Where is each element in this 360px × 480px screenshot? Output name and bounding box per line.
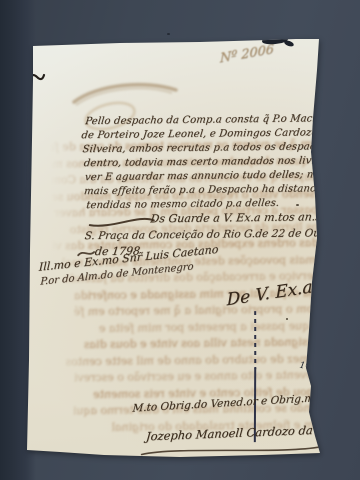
ghost-line: pagou de feitio cento e vinte reis somen… bbox=[46, 384, 328, 404]
manuscript-paper: em q̃ se avisem os mesmos termos da caza… bbox=[0, 0, 360, 480]
body-line-3: Silveira, ambos recrutas p.a todos os de… bbox=[82, 141, 334, 155]
bleedthrough-layer: em q̃ se avisem os mesmos termos da caza… bbox=[44, 136, 328, 439]
address-line-2: P.or do Alm.do de Montenegro bbox=[40, 259, 220, 288]
body-line-7: tendidas no mesmo citado p.a delles. bbox=[86, 198, 280, 211]
paper-shadow-wrap: em q̃ se avisem os mesmos termos da caza… bbox=[0, 0, 360, 480]
paper-speck bbox=[296, 204, 299, 206]
year-swash bbox=[76, 247, 96, 259]
address-block: Ill.mo e Ex.mo Snr̃ Luis Caetano P.or do… bbox=[38, 243, 220, 288]
body-line-2: de Porteiro Joze Leonel, e Domingos Card… bbox=[81, 127, 354, 141]
ink-blot-top-right-small bbox=[283, 39, 294, 47]
ink-blot-top-right bbox=[262, 34, 289, 45]
ghost-line: com o proprio original a q̃ me reporto e… bbox=[45, 301, 327, 321]
ghost-line: bem e fielmente trasladado do original bbox=[47, 417, 329, 437]
body-line-5: ver E aguardar mas annuncio tudo delles;… bbox=[84, 169, 346, 183]
ghost-line: assignada nesta villa aos vinte e dous d… bbox=[46, 334, 328, 354]
body-line-6: mais effeito ferão p.a o Despacho ha dis… bbox=[83, 183, 345, 197]
date-line: S. Praça da Conceição do Rio G.de 22 de … bbox=[84, 227, 350, 242]
ink-layer: Nº 2006 Pello despacho da Comp.a consta … bbox=[0, 0, 360, 480]
faded-flourish-swash bbox=[68, 76, 183, 110]
ink-solid-line bbox=[254, 368, 256, 442]
faded-capital-flourish bbox=[82, 100, 142, 134]
year-line: de 1798 bbox=[94, 244, 140, 258]
ghost-line: em q̃ se avisem os mesmos termos da caza… bbox=[43, 136, 325, 156]
signature: Jozepho Manoell Cardozo da Cunha bbox=[145, 421, 354, 443]
ghost-line: serviço e arrecadação dos direitos da fa… bbox=[45, 268, 327, 288]
ghost-line: e não se continha mais em o dito termo a… bbox=[46, 400, 328, 420]
body-line-4: dentro, todavia mas certo mandados nos l… bbox=[83, 155, 352, 169]
paper-speck bbox=[286, 318, 288, 320]
body-line-1: Pello despacho da Comp.a consta q̃ P.o M… bbox=[85, 113, 339, 127]
ghost-line: noventa e oito annos e eu escrivão o esc… bbox=[46, 367, 328, 387]
closing-line: Ds Guarde a V. Ex.a m.tos an.s bbox=[150, 210, 322, 225]
ghost-line: do que passei a presente por mim feita e bbox=[45, 318, 327, 338]
ghost-line: os quaes despachos assim nos autos como … bbox=[43, 153, 325, 173]
ghost-line: e sendo visto o requerim.to do supp.e ma… bbox=[44, 186, 326, 206]
courtesy-line: M.to Obrig.do Vened.or e Obrig.mo C.do bbox=[132, 390, 348, 414]
address-line-1: Ill.mo e Ex.mo Snr̃ Luis Caetano bbox=[39, 243, 219, 274]
ghost-line: e mais povoações deste continente sobre … bbox=[45, 252, 327, 272]
ghost-line: cuja copia vai por mim assignada e confe… bbox=[45, 285, 327, 305]
photo-stage: em q̃ se avisem os mesmos termos da caza… bbox=[0, 0, 360, 480]
ink-dashed-line bbox=[254, 311, 256, 369]
ghost-line: nos livros da secretaria deste governo r… bbox=[44, 219, 326, 239]
salutation: De V. Ex.a bbox=[227, 277, 313, 310]
ghost-line: passar a certidão pedida em q̃ se declar… bbox=[44, 202, 326, 222]
ghost-line: papeis q̃ se remetterão aos officiaes da… bbox=[44, 169, 326, 189]
header-number: Nº 2006 bbox=[220, 42, 274, 66]
page-mark: 1ª bbox=[299, 361, 311, 372]
ghost-line: das ordens expedidas aos commandantes da… bbox=[44, 235, 326, 255]
ghost-line: do mez de outubro do anno de mil sette c… bbox=[46, 351, 328, 371]
closing-swash bbox=[88, 214, 158, 229]
left-margin-ink-mark bbox=[26, 68, 46, 84]
signature-underline-flourish bbox=[137, 442, 327, 458]
paper-speck bbox=[292, 172, 294, 174]
